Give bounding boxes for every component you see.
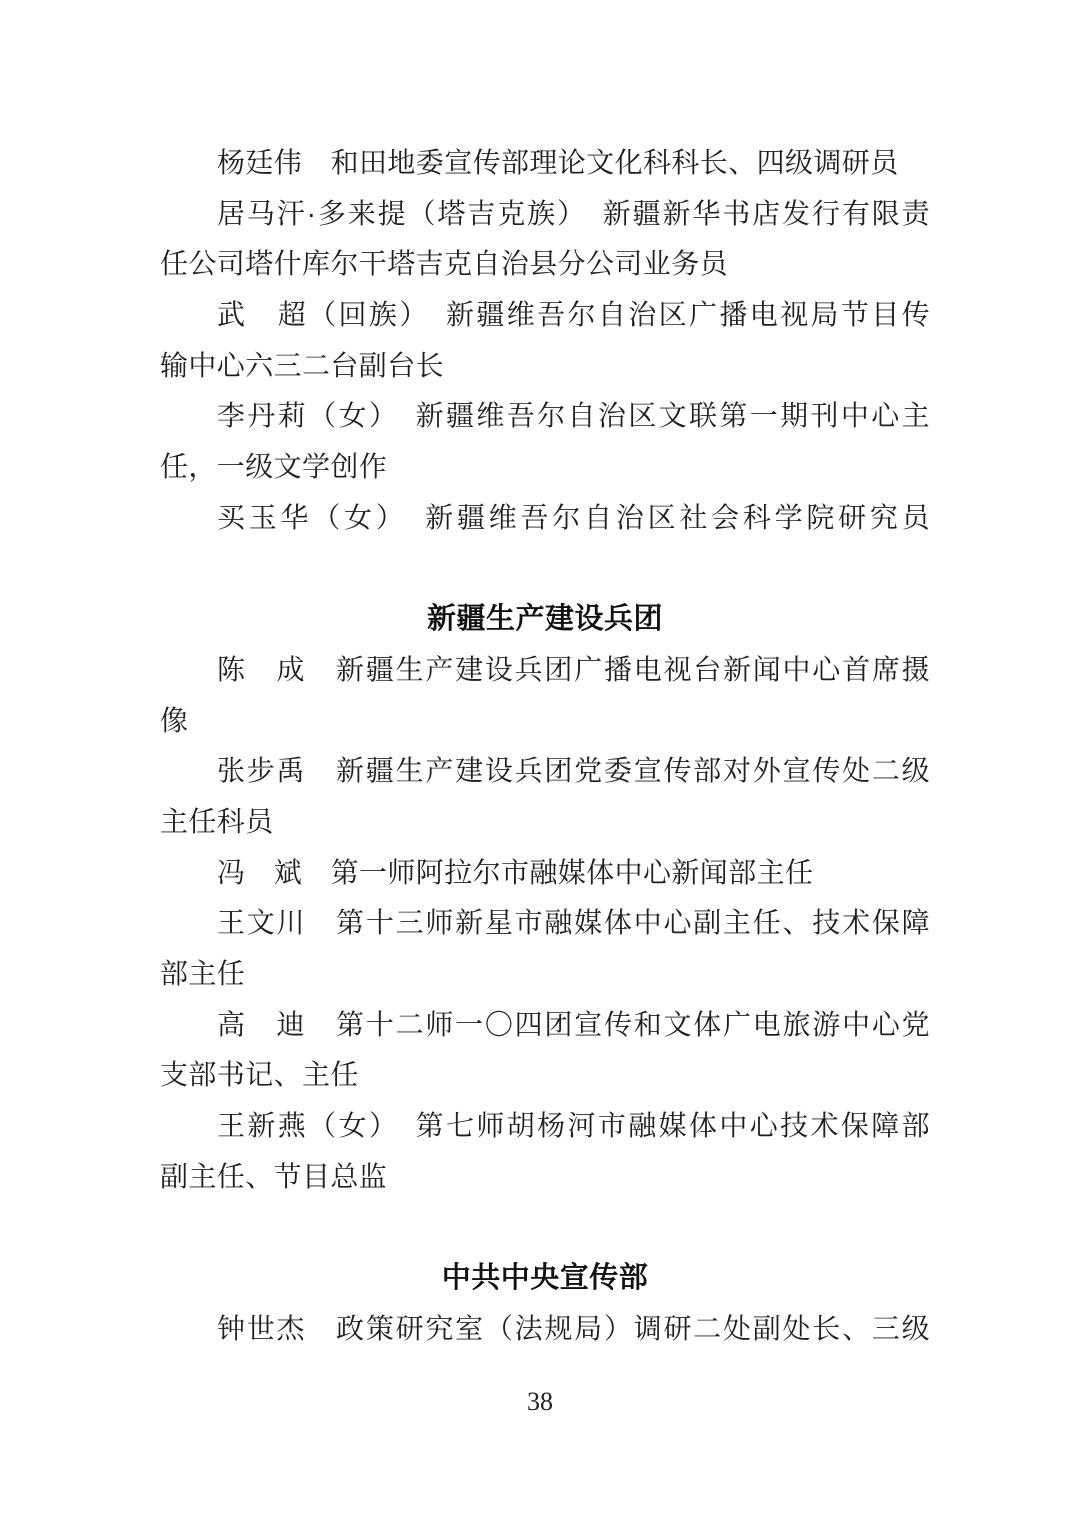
entry-line: 陈 成 新疆生产建设兵团广播电视台新闻中心首席摄 bbox=[160, 645, 930, 696]
entry-line: 杨廷伟 和田地委宣传部理论文化科科长、四级调研员 bbox=[160, 138, 930, 189]
document-body: 杨廷伟 和田地委宣传部理论文化科科长、四级调研员居马汗·多来提（塔吉克族） 新疆… bbox=[160, 138, 930, 1355]
page-number: 38 bbox=[0, 1386, 1080, 1418]
entry-line: 主任科员 bbox=[160, 797, 930, 848]
entry-line: 输中心六三二台副台长 bbox=[160, 341, 930, 392]
entry-line: 任，一级文学创作 bbox=[160, 442, 930, 493]
entry-line: 张步禹 新疆生产建设兵团党委宣传部对外宣传处二级 bbox=[160, 746, 930, 797]
entry-line: 冯 斌 第一师阿拉尔市融媒体中心新闻部主任 bbox=[160, 848, 930, 899]
entry-line: 王新燕（女） 第七师胡杨河市融媒体中心技术保障部 bbox=[160, 1101, 930, 1152]
section-heading: 新疆生产建设兵团 bbox=[160, 594, 930, 645]
entry-line: 任公司塔什库尔干塔吉克自治县分公司业务员 bbox=[160, 239, 930, 290]
entry-line: 支部书记、主任 bbox=[160, 1050, 930, 1101]
entry-line: 买玉华（女） 新疆维吾尔自治区社会科学院研究员 bbox=[160, 493, 930, 544]
entry-line: 副主任、节目总监 bbox=[160, 1152, 930, 1203]
blank-line bbox=[160, 544, 930, 595]
section-heading: 中共中央宣传部 bbox=[160, 1253, 930, 1304]
entry-line: 李丹莉（女） 新疆维吾尔自治区文联第一期刊中心主 bbox=[160, 391, 930, 442]
document-page: 杨廷伟 和田地委宣传部理论文化科科长、四级调研员居马汗·多来提（塔吉克族） 新疆… bbox=[0, 0, 1080, 1526]
entry-line: 部主任 bbox=[160, 949, 930, 1000]
entry-line: 居马汗·多来提（塔吉克族） 新疆新华书店发行有限责 bbox=[160, 189, 930, 240]
entry-line: 武 超（回族） 新疆维吾尔自治区广播电视局节目传 bbox=[160, 290, 930, 341]
entry-line: 王文川 第十三师新星市融媒体中心副主任、技术保障 bbox=[160, 898, 930, 949]
blank-line bbox=[160, 1202, 930, 1253]
entry-line: 高 迪 第十二师一〇四团宣传和文体广电旅游中心党 bbox=[160, 1000, 930, 1051]
entry-line: 钟世杰 政策研究室（法规局）调研二处副处长、三级 bbox=[160, 1304, 930, 1355]
entry-line: 像 bbox=[160, 696, 930, 747]
